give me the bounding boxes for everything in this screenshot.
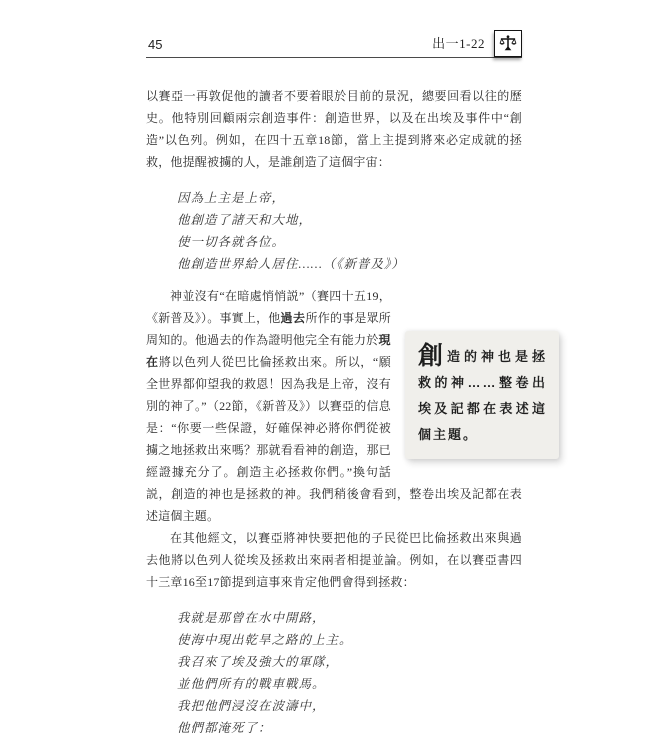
- paragraph-1-text: 以賽亞一再敦促他的讀者不要着眼於目前的景況，總要回看以往的歷史。他特別回顧兩宗創…: [146, 89, 522, 169]
- quote-line: 並他們所有的戰車戰馬。: [177, 673, 522, 695]
- book-page: 45 出一1-22: [0, 0, 650, 750]
- section-reference: 出一1-22: [432, 33, 485, 52]
- callout-box: 創造的神也是拯救的神……整卷出埃及記都在表述這個主題。: [405, 331, 559, 459]
- page-number: 45: [148, 37, 162, 52]
- quote-line: 他們都淹死了：: [177, 717, 522, 739]
- quote-line: 使海中現出乾旱之路的上主。: [177, 629, 522, 651]
- quote-line: 因為上主是上帝，: [177, 187, 522, 209]
- quote-line: 我把他們浸沒在波濤中，: [177, 695, 522, 717]
- paragraph-3: 在其他經文，以賽亞將神快要把他的子民從巴比倫拯救出來與過去他將以色列人從埃及拯救…: [146, 527, 522, 593]
- quote-line: 我就是那曾在水中開路，: [177, 607, 522, 629]
- quote-line: 使一切各就各位。: [177, 231, 522, 253]
- page-content: 45 出一1-22: [146, 30, 522, 739]
- paragraph-2: 創造的神也是拯救的神……整卷出埃及記都在表述這個主題。 神並沒有“在暗處悄悄説”…: [146, 285, 522, 527]
- balance-scales-icon: [494, 30, 522, 57]
- bold-emphasis-past: 過去: [281, 311, 306, 325]
- paragraph-3-text: 在其他經文，以賽亞將神快要把他的子民從巴比倫拯救出來與過去他將以色列人從埃及拯救…: [146, 531, 522, 589]
- quote-line: 他創造世界給人居住……（《新普及》）: [177, 253, 522, 275]
- quote-line: 他創造了諸天和大地，: [177, 209, 522, 231]
- quote-line: 我召來了埃及強大的軍隊，: [177, 651, 522, 673]
- scripture-quote-2: 我就是那曾在水中開路， 使海中現出乾旱之路的上主。 我召來了埃及強大的軍隊， 並…: [177, 607, 522, 739]
- callout-dropcap: 創: [418, 342, 445, 370]
- paragraph-1: 以賽亞一再敦促他的讀者不要着眼於目前的景況，總要回看以往的歷史。他特別回顧兩宗創…: [146, 85, 522, 173]
- page-header: 45 出一1-22: [146, 30, 522, 58]
- header-right-group: 出一1-22: [432, 30, 522, 57]
- scripture-quote-1: 因為上主是上帝， 他創造了諸天和大地， 使一切各就各位。 他創造世界給人居住………: [177, 187, 522, 275]
